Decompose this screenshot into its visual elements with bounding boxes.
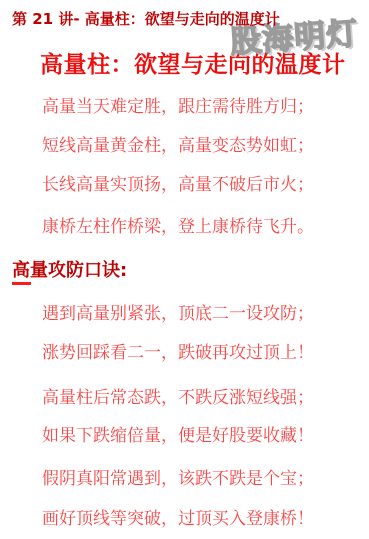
poem-line: 如果下跌缩倍量，便是好股要收藏！ xyxy=(42,421,314,446)
poem-line: 高量柱后常态跌，不跌反涨短线强； xyxy=(42,383,314,408)
lecture-header: 第 21 讲- 高量柱：欲望与走向的温度计 xyxy=(12,8,280,29)
poem-line: 遇到高量别紧张，顶底二一设攻防； xyxy=(42,299,314,324)
poem-line: 高量当天难定胜，跟庄需待胜方归； xyxy=(42,92,314,117)
poem-line: 短线高量黄金柱，高量变态势如虹； xyxy=(42,131,314,156)
heading-underline-mark xyxy=(12,282,31,285)
poem-line: 涨势回踩看二一，跌破再攻过顶上！ xyxy=(42,338,314,363)
poem-line: 画好顶线等突破，过顶买入登康桥！ xyxy=(42,504,314,529)
poem-line: 康桥左柱作桥梁，登上康桥待飞升。 xyxy=(42,212,314,237)
section-heading: 高量攻防口诀: xyxy=(12,256,127,282)
poem-line: 长线高量实顶扬，高量不破后市火； xyxy=(42,170,314,195)
document-page: 第 21 讲- 高量柱：欲望与走向的温度计 股海明灯 高量柱：欲望与走向的温度计… xyxy=(0,0,369,539)
poem-line: 假阴真阳常遇到，该跌不跌是个宝； xyxy=(42,464,314,489)
